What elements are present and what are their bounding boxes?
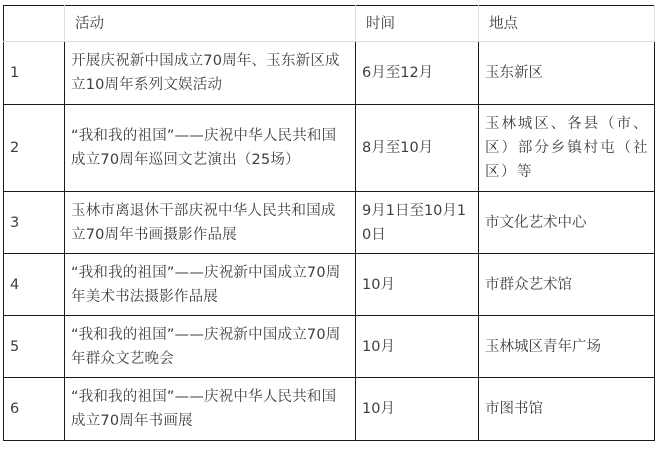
table-row: 3 玉林市离退休干部庆祝中华人民共和国成立70周年书画摄影作品展 9月1日至10… [4,192,655,254]
cell-activity: 开展庆祝新中国成立70周年、玉东新区成立10周年系列文娱活动 [65,42,356,105]
cell-place: 市图书馆 [479,378,655,441]
cell-place: 玉林城区、各县（市、区）部分乡镇村屯（社区）等 [479,105,655,192]
cell-time: 8月至10月 [356,105,479,192]
cell-time: 10月 [356,316,479,378]
cell-place: 玉林城区青年广场 [479,316,655,378]
header-activity: 活动 [65,6,356,42]
cell-place: 市文化艺术中心 [479,192,655,254]
cell-activity: “我和我的祖国”——庆祝新中国成立70周年美术书法摄影作品展 [65,254,356,316]
table-row: 2 “我和我的祖国”——庆祝中华人民共和国成立70周年巡回文艺演出（25场） 8… [4,105,655,192]
table-row: 5 “我和我的祖国”——庆祝新中国成立70周年群众文艺晚会 10月 玉林城区青年… [4,316,655,378]
cell-no: 1 [4,42,65,105]
cell-place: 玉东新区 [479,42,655,105]
cell-place: 市群众艺术馆 [479,254,655,316]
cell-no: 2 [4,105,65,192]
cell-time: 6月至12月 [356,42,479,105]
table-row: 1 开展庆祝新中国成立70周年、玉东新区成立10周年系列文娱活动 6月至12月 … [4,42,655,105]
cell-time: 10月 [356,378,479,441]
header-time: 时间 [356,6,479,42]
header-no [4,6,65,42]
cell-no: 6 [4,378,65,441]
cell-activity: “我和我的祖国”——庆祝新中国成立70周年群众文艺晚会 [65,316,356,378]
events-table: 活动 时间 地点 1 开展庆祝新中国成立70周年、玉东新区成立10周年系列文娱活… [3,5,655,441]
cell-no: 4 [4,254,65,316]
cell-time: 10月 [356,254,479,316]
table-row: 6 “我和我的祖国”——庆祝中华人民共和国成立70周年书画展 10月 市图书馆 [4,378,655,441]
cell-activity: “我和我的祖国”——庆祝中华人民共和国成立70周年巡回文艺演出（25场） [65,105,356,192]
table-row: 4 “我和我的祖国”——庆祝新中国成立70周年美术书法摄影作品展 10月 市群众… [4,254,655,316]
header-place: 地点 [479,6,655,42]
cell-time: 9月1日至10月10日 [356,192,479,254]
cell-activity: “我和我的祖国”——庆祝中华人民共和国成立70周年书画展 [65,378,356,441]
cell-no: 3 [4,192,65,254]
cell-activity: 玉林市离退休干部庆祝中华人民共和国成立70周年书画摄影作品展 [65,192,356,254]
cell-no: 5 [4,316,65,378]
header-row: 活动 时间 地点 [4,6,655,42]
